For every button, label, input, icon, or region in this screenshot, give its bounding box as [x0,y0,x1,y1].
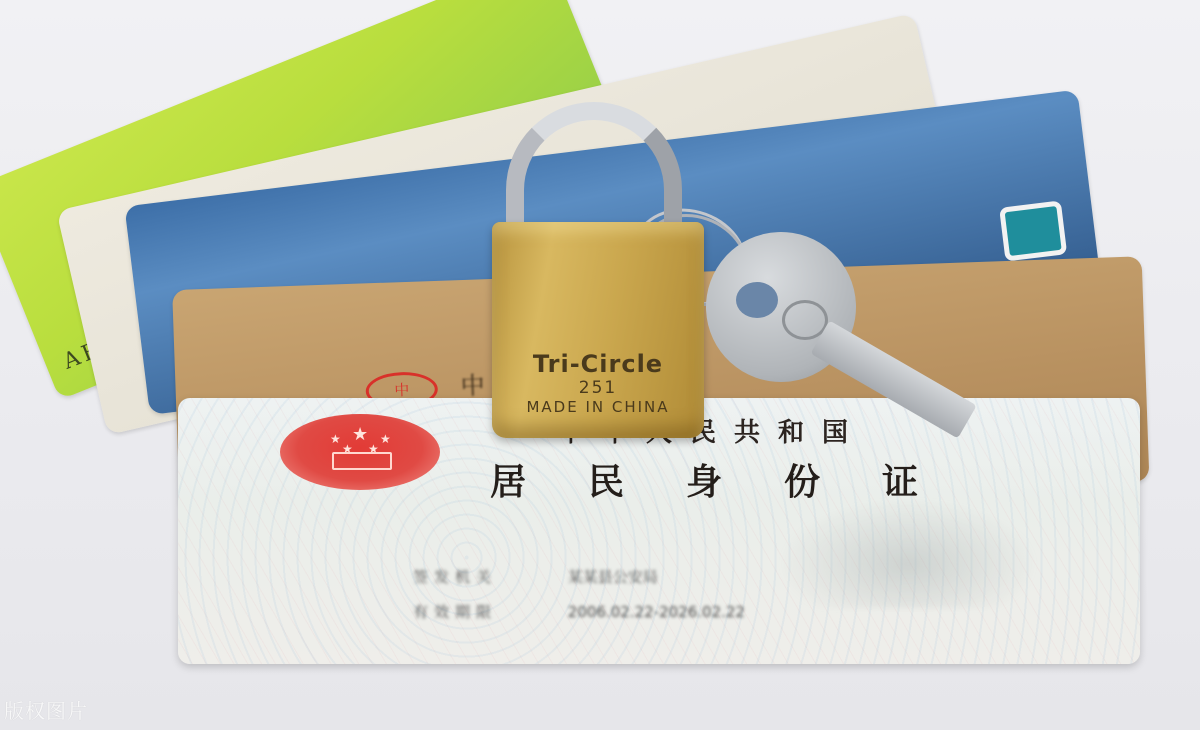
copyright-watermark: 版权图片 [4,695,88,724]
padlock-icon: Tri-Circle 251 MADE IN CHINA [492,222,704,438]
padlock-brand: Tri-Circle [492,350,704,378]
tiananmen-gate-icon [332,452,392,470]
photo-scene: ABC 中国农业银行 中国建设银行 中国银行 中 中 ★ ★ ★ ★ ★ 中华人… [0,0,1200,730]
national-emblem-icon: ★ ★ ★ ★ ★ [280,414,440,490]
padlock-origin: MADE IN CHINA [492,398,704,416]
validity-value: 2006.02.22-2026.02.22 [568,603,745,621]
validity-label: 有效期限 [413,601,563,622]
issuer-row: 签发机关 某某县公安局 [413,566,658,587]
card-bank-name: 中 [460,365,485,401]
issuer-value: 某某县公安局 [568,568,658,586]
great-wall-watermark [778,498,1038,608]
padlock-model: 251 [492,378,704,398]
key-hole [736,282,778,318]
issuer-label: 签发机关 [413,566,563,587]
validity-row: 有效期限 2006.02.22-2026.02.22 [413,601,745,622]
card-brand-logo-icon [999,200,1067,261]
id-card-title: 居民身份证 [490,454,980,505]
